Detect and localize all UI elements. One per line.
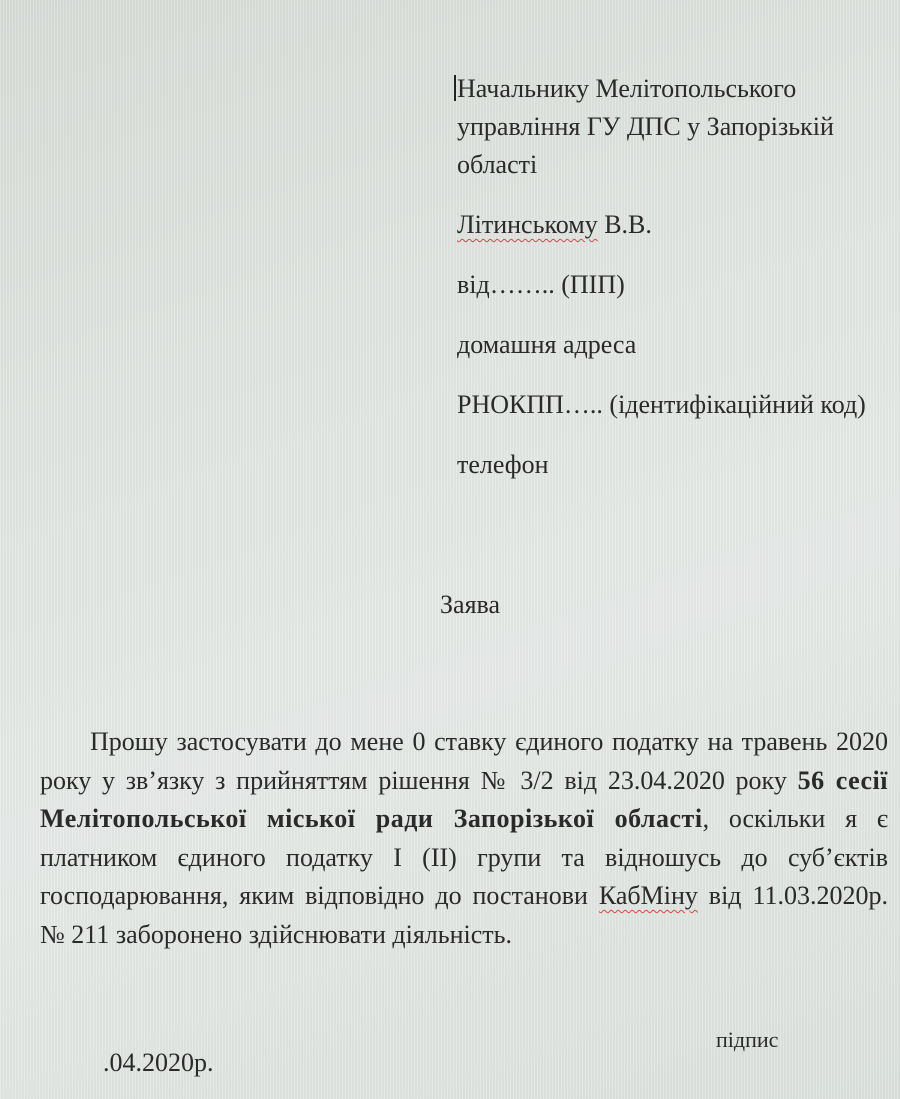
home-address-line[interactable]: домашня адреса [457,326,897,364]
signature-field[interactable]: підпис [716,1025,778,1055]
text-cursor [454,75,456,101]
phone-line[interactable]: телефон [457,446,897,484]
date-field[interactable]: .04.2020р. [103,1047,214,1079]
spellcheck-flagged-word[interactable]: КабМіну [599,881,698,910]
document-page[interactable]: Начальнику Мелітопольського управління Г… [0,0,900,1099]
tax-id-line[interactable]: РНОКПП….. (ідентифікаційний код) [457,386,897,424]
spellcheck-flagged-word[interactable]: Літинському [457,210,598,239]
request-paragraph[interactable]: Прошу застосувати до мене 0 ставку єдино… [40,723,888,954]
document-title[interactable]: Заява [0,588,900,622]
addressee-block: Начальнику Мелітопольського управління Г… [457,70,897,506]
addressee-name[interactable]: Літинському В.В. [457,206,897,244]
addressee-position[interactable]: Начальнику Мелітопольського управління Г… [457,70,897,184]
sender-name-line[interactable]: від…….. (ПІП) [457,266,897,304]
